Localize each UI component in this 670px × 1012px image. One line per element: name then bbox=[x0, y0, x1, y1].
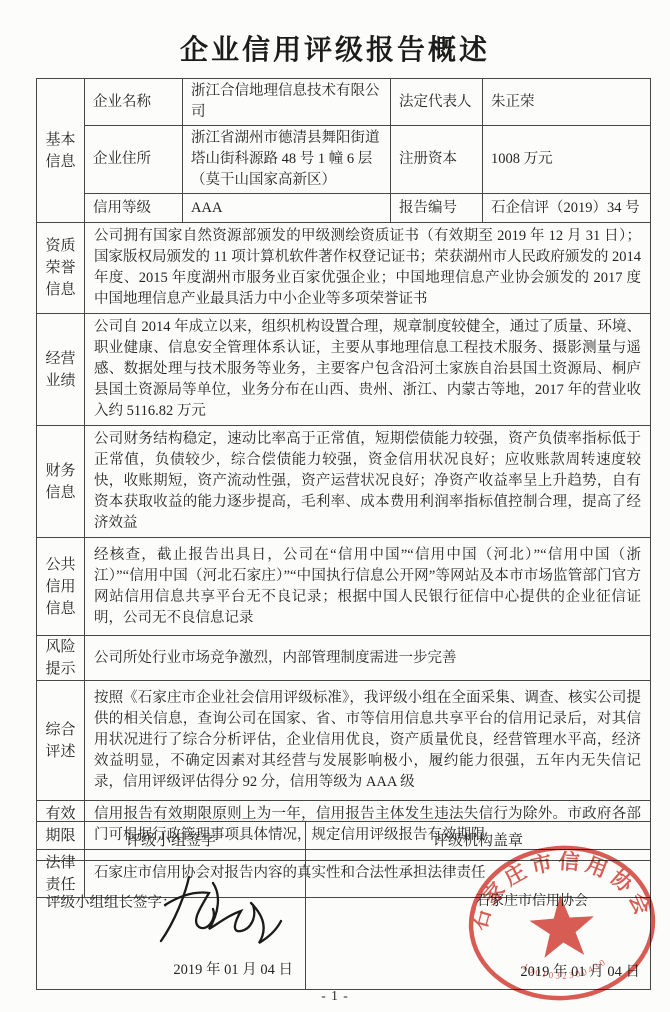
section-content-qualifications: 公司拥有国家自然资源部颁发的甲级测绘资质证书（有效期至 2019 年 12 月 … bbox=[85, 223, 651, 314]
group-sign-header: 评级小组签字 bbox=[37, 822, 306, 861]
seal-code: 1301032300430 bbox=[521, 955, 610, 983]
field-label-legal-representative: 法定代表人 bbox=[391, 79, 483, 126]
svg-text:1301032300430: 1301032300430 bbox=[521, 955, 610, 983]
field-label-credit-rating: 信用等级 bbox=[85, 194, 183, 223]
section-row-risk-notice: 风险提示 公司所处行业市场竞争激烈，内部管理制度需进一步完善 bbox=[37, 636, 651, 681]
section-label-business-performance: 经营业绩 bbox=[37, 314, 85, 426]
footer-body-row: 评级小组组长签字： 2019 年 01 月 04 日 石家庄市信用协会 bbox=[37, 861, 651, 990]
section-row-business-performance: 经营业绩 公司自 2014 年成立以来，组织机构设置合理，规章制度较健全，通过了… bbox=[37, 314, 651, 426]
section-label-risk-notice: 风险提示 bbox=[37, 636, 85, 681]
leader-signature bbox=[155, 869, 285, 957]
field-value-registered-capital: 1008 万元 bbox=[483, 126, 651, 194]
sign-date: 2019 年 01 月 04 日 bbox=[173, 960, 293, 981]
section-row-qualifications: 资质荣誉信息 公司拥有国家自然资源部颁发的甲级测绘资质证书（有效期至 2019 … bbox=[37, 223, 651, 314]
basic-info-row-name: 基本信息 企业名称 浙江合信地理信息技术有限公司 法定代表人 朱正荣 bbox=[37, 79, 651, 126]
field-value-company-name: 浙江合信地理信息技术有限公司 bbox=[183, 79, 391, 126]
section-content-public-credit: 经核查，截止报告出具日，公司在“信用中国”“信用中国（河北）”“信用中国（浙江）… bbox=[85, 538, 651, 636]
section-label-qualifications: 资质荣誉信息 bbox=[37, 223, 85, 314]
field-label-registered-capital: 注册资本 bbox=[391, 126, 483, 194]
section-row-public-credit: 公共信用信息 经核查，截止报告出具日，公司在“信用中国”“信用中国（河北）”“信… bbox=[37, 538, 651, 636]
field-label-report-number: 报告编号 bbox=[391, 194, 483, 223]
field-value-legal-representative: 朱正荣 bbox=[483, 79, 651, 126]
page-title: 企业信用评级报告概述 bbox=[0, 28, 670, 68]
credit-association-seal: 石家庄市信用协会 1301032300430 bbox=[456, 832, 667, 1012]
section-label-overall-review: 综合评述 bbox=[37, 681, 85, 801]
org-seal-cell: 石家庄市信用协会 石家庄市信用协会 1301032300430 bbox=[306, 861, 651, 990]
report-main-table: 基本信息 企业名称 浙江合信地理信息技术有限公司 法定代表人 朱正荣 企业住所 … bbox=[36, 78, 651, 898]
seal-star-icon bbox=[528, 893, 597, 959]
basic-info-row-address: 企业住所 浙江省湖州市德清县舞阳街道塔山街科源路 48 号 1 幢 6 层（莫干… bbox=[37, 126, 651, 194]
section-row-overall-review: 综合评述 按照《石家庄市企业社会信用评级标准》，我评级小组在全面采集、调查、核实… bbox=[37, 681, 651, 801]
basic-info-row-rating: 信用等级 AAA 报告编号 石企信评（2019）34 号 bbox=[37, 194, 651, 223]
section-content-risk-notice: 公司所处行业市场竞争激烈，内部管理制度需进一步完善 bbox=[85, 636, 651, 681]
group-sign-cell: 评级小组组长签字： 2019 年 01 月 04 日 bbox=[37, 861, 306, 990]
section-label-basic-info: 基本信息 bbox=[37, 79, 85, 223]
section-row-financial-info: 财务信息 公司财务结构稳定，速动比率高于正常值，短期偿债能力较强，资产负债率指标… bbox=[37, 426, 651, 538]
field-label-company-address: 企业住所 bbox=[85, 126, 183, 194]
section-content-business-performance: 公司自 2014 年成立以来，组织机构设置合理，规章制度较健全，通过了质量、环境… bbox=[85, 314, 651, 426]
field-label-company-name: 企业名称 bbox=[85, 79, 183, 126]
field-value-report-number: 石企信评（2019）34 号 bbox=[483, 194, 651, 223]
field-value-credit-rating: AAA bbox=[183, 194, 391, 223]
section-content-overall-review: 按照《石家庄市企业社会信用评级标准》，我评级小组在全面采集、调查、核实公司提供的… bbox=[85, 681, 651, 801]
field-value-company-address: 浙江省湖州市德清县舞阳街道塔山街科源路 48 号 1 幢 6 层（莫干山国家高新… bbox=[183, 126, 391, 194]
report-page: 企业信用评级报告概述 基本信息 企业名称 浙江合信地理信息技术有限公司 法定代表… bbox=[0, 0, 670, 1012]
signature-seal-table: 评级小组签字 评级机构盖章 评级小组组长签字： 2019 年 01 月 04 日 bbox=[36, 821, 651, 990]
section-label-financial-info: 财务信息 bbox=[37, 426, 85, 538]
section-label-public-credit: 公共信用信息 bbox=[37, 538, 85, 636]
section-content-financial-info: 公司财务结构稳定，速动比率高于正常值，短期偿债能力较强，资产负债率指标低于正常值… bbox=[85, 426, 651, 538]
